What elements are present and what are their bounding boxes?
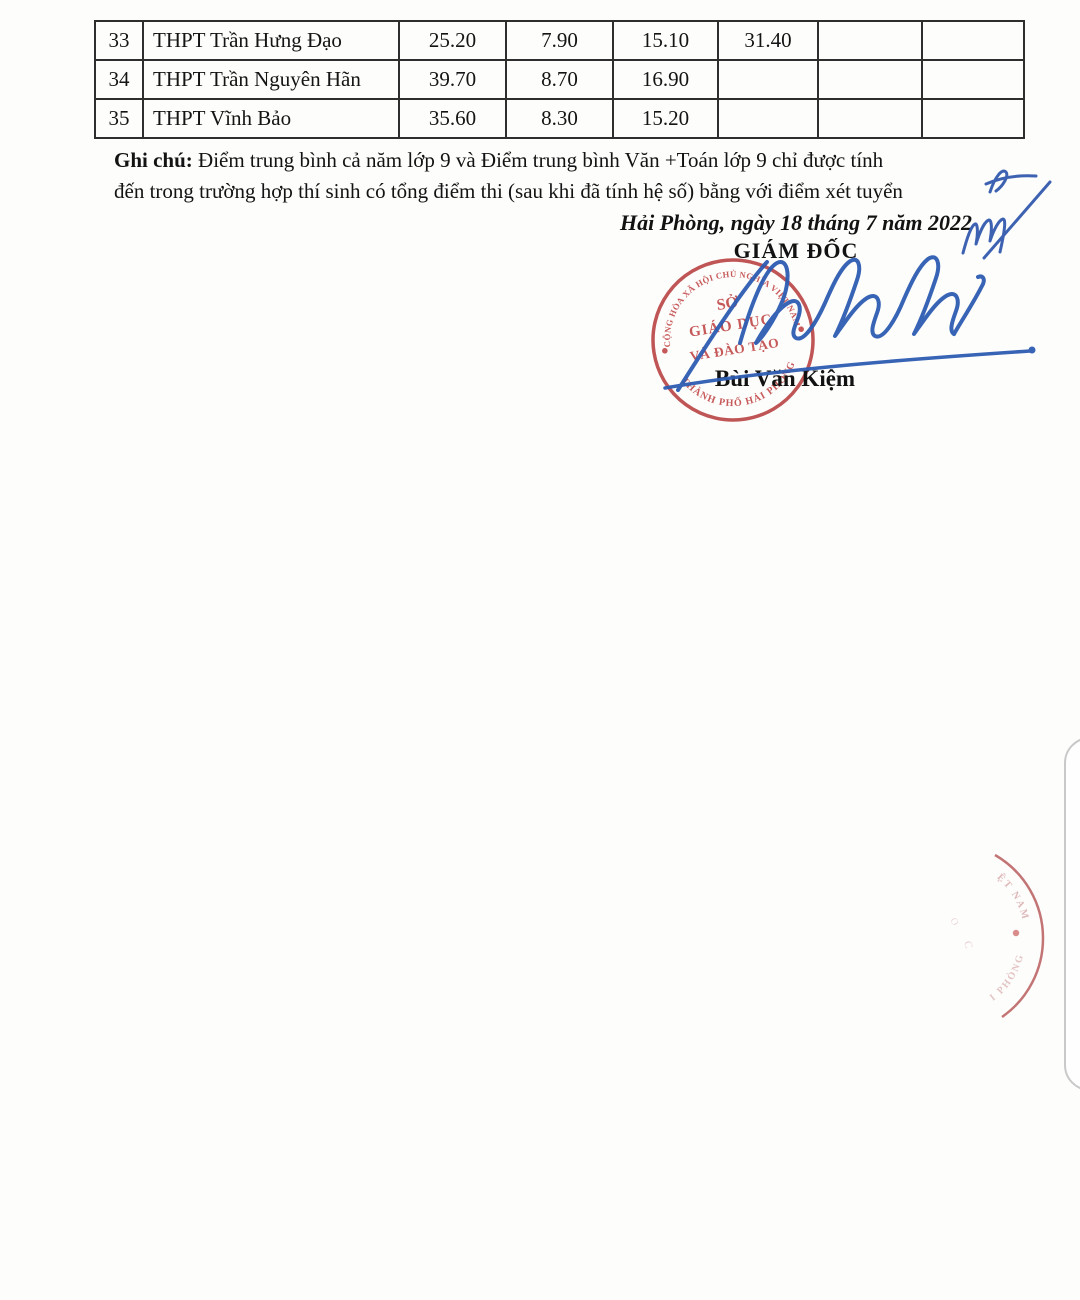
signature-loops	[740, 257, 958, 343]
partial-stamp: ỆT NAM I PHÒNG C O	[920, 840, 1080, 1040]
results-table: 33 THPT Trần Hưng Đạo 25.20 7.90 15.10 3…	[94, 20, 1025, 139]
cell-score	[922, 21, 1024, 60]
table-row: 34 THPT Trần Nguyên Hãn 39.70 8.70 16.90	[95, 60, 1024, 99]
scrollbar-thumb[interactable]	[1064, 737, 1080, 1091]
cell-score	[718, 99, 818, 138]
cell-score	[922, 60, 1024, 99]
paraph-marks	[950, 160, 1080, 270]
paraph-m-squiggle	[963, 219, 1005, 253]
cell-score: 31.40	[718, 21, 818, 60]
cell-score	[718, 60, 818, 99]
cell-school: THPT Trần Hưng Đạo	[143, 21, 399, 60]
cell-score: 39.70	[399, 60, 506, 99]
note-label: Ghi chú:	[114, 148, 193, 172]
cell-score: 15.20	[613, 99, 718, 138]
cell-school: THPT Trần Nguyên Hãn	[143, 60, 399, 99]
partial-stamp-bottom-text: I PHÒNG	[988, 952, 1026, 1004]
svg-text:ỆT NAM: ỆT NAM	[995, 870, 1031, 922]
cell-score: 7.90	[506, 21, 613, 60]
cell-score: 16.90	[613, 60, 718, 99]
cell-stt: 35	[95, 99, 143, 138]
table-row: 35 THPT Vĩnh Bảo 35.60 8.30 15.20	[95, 99, 1024, 138]
signature-underline	[665, 351, 1030, 388]
cell-score: 25.20	[399, 21, 506, 60]
cell-score: 8.30	[506, 99, 613, 138]
results-table-grid: 33 THPT Trần Hưng Đạo 25.20 7.90 15.10 3…	[94, 20, 1025, 139]
paraph-slash	[984, 182, 1050, 258]
svg-text:I PHÒNG: I PHÒNG	[988, 952, 1026, 1004]
cell-score: 35.60	[399, 99, 506, 138]
cell-stt: 33	[95, 21, 143, 60]
note-paragraph: Ghi chú: Điểm trung bình cả năm lớp 9 và…	[114, 145, 1029, 207]
cell-school: THPT Vĩnh Bảo	[143, 99, 399, 138]
page: { "table": { "rows": [ { "cells": ["33",…	[0, 0, 1080, 1300]
cell-score	[818, 99, 922, 138]
partial-stamp-faint-glyph: C	[961, 940, 974, 950]
note-line2: đến trong trường hợp thí sinh có tổng đi…	[114, 179, 903, 203]
cell-score	[818, 60, 922, 99]
cell-score: 15.10	[613, 21, 718, 60]
signature-end-dot	[1029, 347, 1036, 354]
partial-stamp-faint-glyph: O	[947, 916, 960, 928]
partial-stamp-dot	[1013, 930, 1019, 936]
note-line1: Điểm trung bình cả năm lớp 9 và Điểm tru…	[198, 148, 883, 172]
cell-stt: 34	[95, 60, 143, 99]
cell-score	[818, 21, 922, 60]
cell-score	[922, 99, 1024, 138]
table-row: 33 THPT Trần Hưng Đạo 25.20 7.90 15.10 3…	[95, 21, 1024, 60]
place-date-line: Hải Phòng, ngày 18 tháng 7 năm 2022	[578, 210, 1014, 236]
cell-score: 8.70	[506, 60, 613, 99]
partial-stamp-top-text: ỆT NAM	[995, 870, 1031, 922]
signature-initial-stroke	[678, 262, 767, 390]
